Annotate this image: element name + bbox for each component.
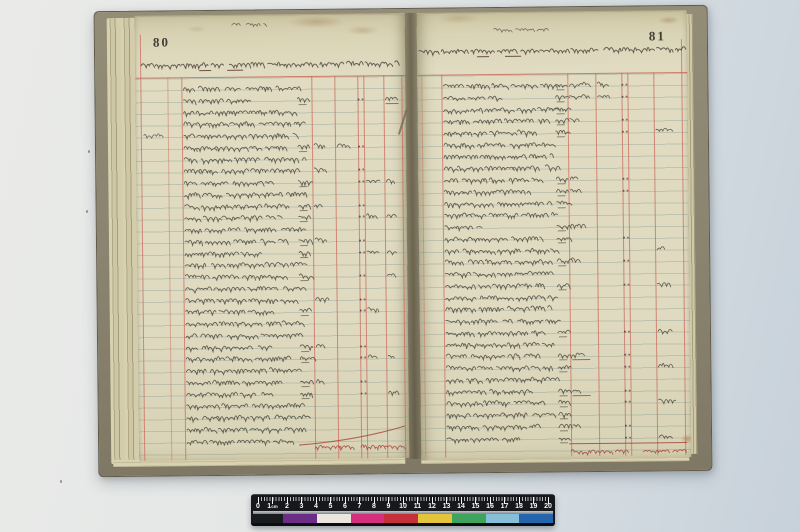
handwriting-line (444, 151, 551, 161)
handwriting-line (184, 142, 285, 152)
tail-flourish (301, 362, 309, 363)
tail-flourish (558, 207, 566, 208)
amount-entry (597, 92, 607, 100)
handwriting-line (447, 433, 520, 443)
dust-speck (88, 150, 90, 153)
amount-entry (656, 126, 670, 134)
handwriting-line (186, 295, 297, 305)
line-tail-word (299, 236, 310, 245)
ditto-dot (362, 180, 364, 182)
tail-flourish (300, 221, 308, 222)
ditto-dot (625, 424, 627, 426)
handwriting-line (187, 412, 307, 422)
amount-entry (366, 176, 376, 184)
line-tail-word (557, 233, 568, 242)
amount-entry (389, 388, 397, 396)
ditto-dot (358, 145, 360, 147)
ditto-dot (364, 380, 366, 382)
handwriting-line (445, 210, 555, 220)
handwriting-line (444, 128, 536, 138)
red-total-handwriting (315, 443, 351, 451)
line-tail-word (298, 177, 309, 186)
handwriting-line (184, 130, 297, 140)
ditto-dot (624, 366, 626, 368)
line-tail-word (299, 247, 310, 256)
dust-speck (60, 480, 62, 483)
red-total-handwriting (571, 447, 625, 456)
handwriting-line (446, 339, 553, 349)
ruler-color-patch (486, 514, 520, 523)
line-tail-word (559, 421, 570, 430)
line-tail-word (559, 433, 570, 442)
handwriting-line (445, 257, 549, 267)
handwriting-line (184, 189, 306, 199)
entry-underline (572, 359, 590, 360)
tail-flourish (300, 245, 308, 246)
tail-flourish (559, 371, 567, 372)
line-tail-word (297, 95, 308, 104)
handwriting-line (443, 93, 498, 103)
handwriting-line (446, 304, 550, 314)
line-tail-word (298, 142, 309, 151)
ruler-patch-lead (253, 514, 283, 523)
line-tail-word (556, 174, 567, 183)
handwriting-line (186, 307, 274, 317)
amount-entry (315, 200, 320, 208)
ditto-dot (362, 145, 364, 147)
ditto-dot (623, 283, 625, 285)
ruler-color-patch (452, 514, 486, 523)
margin-note (144, 132, 162, 139)
amount-entry (315, 236, 323, 244)
handwriting-line (444, 186, 529, 196)
line-tail-word (559, 398, 570, 407)
handwriting-line (446, 351, 538, 361)
tail-flourish (300, 280, 308, 281)
amount-entry (571, 256, 575, 264)
page-header-handwriting (141, 58, 399, 70)
handwriting-line (444, 163, 556, 173)
amount-entry (659, 396, 673, 404)
line-tail-word (557, 280, 568, 289)
ditto-dot (628, 330, 630, 332)
amount-entry (368, 306, 377, 314)
amount-entry (314, 165, 324, 173)
ledger-page-right: 81 (417, 10, 692, 460)
tail-flourish (560, 442, 568, 443)
line-tail-word (555, 92, 566, 101)
amount-entry (570, 115, 577, 123)
handwriting-line (187, 436, 298, 446)
ruler-color-patch (351, 514, 385, 523)
amount-entry (659, 432, 671, 440)
handwriting-line (184, 118, 304, 128)
amount-entry (385, 94, 392, 102)
handwriting-line (186, 342, 268, 352)
ditto-dot (621, 95, 623, 97)
ditto-dot (625, 95, 627, 97)
tail-flourish (557, 101, 565, 102)
ditto-dot (625, 389, 627, 391)
entry-underline (573, 395, 591, 396)
ditto-dot (359, 274, 361, 276)
tail-flourish (301, 350, 309, 351)
tail-flourish (559, 360, 567, 361)
amount-entry (314, 142, 327, 150)
handwriting-line (183, 83, 299, 93)
ditto-dot (364, 345, 366, 347)
ditto-dot (626, 131, 628, 133)
ditto-dot (361, 392, 363, 394)
tail-flourish (301, 315, 309, 316)
handwriting-line (446, 292, 556, 302)
ditto-dot (627, 283, 629, 285)
ruler-number: 20 (540, 503, 556, 510)
line-tail-word (299, 212, 310, 221)
handwriting-line (444, 139, 554, 149)
photo-scale-ruler: 01cm234567891011121314151617181920 (251, 494, 555, 526)
ruler-bottom-edge (251, 523, 555, 526)
amount-entry (572, 350, 583, 358)
amount-entry (571, 221, 582, 229)
handwriting-line (445, 268, 552, 278)
handwriting-line (446, 362, 550, 372)
handwriting-line (444, 104, 554, 114)
tail-flourish (300, 256, 308, 257)
handwriting-line (185, 283, 305, 293)
ditto-dot (625, 436, 627, 438)
ditto-dot (362, 98, 364, 100)
tail-flourish (299, 104, 307, 105)
tail-flourish (560, 430, 568, 431)
tail-flourish (557, 113, 565, 114)
amount-entry (367, 247, 377, 255)
ditto-dot (364, 298, 366, 300)
ruler-major-ticks: 01cm234567891011121314151617181920 (251, 495, 555, 512)
tail-flourish (558, 242, 566, 243)
ditto-dot (628, 366, 630, 368)
ledger-book: 80 81 (94, 5, 713, 477)
line-tail-word (555, 80, 566, 89)
handwriting-line (447, 409, 551, 419)
amount-entry (316, 341, 322, 349)
amount-entry (569, 92, 588, 100)
line-tail-word (300, 341, 311, 350)
line-tail-word (299, 200, 310, 209)
amount-entry (657, 279, 670, 287)
amount-entry (316, 377, 321, 385)
ledger-page-left: 80 (135, 13, 410, 461)
ditto-dot (363, 251, 365, 253)
ditto-dot (359, 204, 361, 206)
ruler-tick-band: 01cm234567891011121314151617181920 (251, 494, 555, 512)
ruler-color-patch (283, 514, 317, 523)
line-tail-word (300, 306, 311, 315)
line-tail-word (558, 351, 569, 360)
handwriting-line (447, 421, 539, 431)
ditto-dot (622, 178, 624, 180)
line-tail-word (558, 362, 569, 371)
amount-entry (387, 270, 395, 278)
amount-entry (388, 352, 393, 360)
red-total-handwriting (643, 446, 685, 454)
handwriting-line (445, 233, 543, 243)
handwriting-line (444, 116, 548, 126)
tail-flourish (557, 136, 565, 137)
top-margin-annotation (494, 26, 546, 33)
handwriting-line (183, 95, 252, 105)
ditto-dot (365, 392, 367, 394)
line-tail-word (558, 327, 569, 336)
handwriting-line (445, 245, 555, 255)
ditto-dot (363, 239, 365, 241)
line-tail-word (556, 116, 567, 125)
ruler-unit-label: cm (271, 504, 278, 509)
handwriting-line (185, 201, 292, 211)
amount-entry (337, 141, 346, 149)
amount-entry (387, 211, 393, 219)
handwriting-line (445, 222, 482, 231)
handwriting-line (447, 398, 545, 408)
handwriting-line (186, 377, 281, 387)
handwriting-line (184, 107, 295, 117)
ditto-dot (622, 189, 624, 191)
handwriting-line (446, 315, 556, 325)
line-tail-word (300, 377, 311, 386)
page-left-content (135, 14, 410, 461)
handwriting-line (445, 280, 543, 290)
red-total-handwriting (361, 442, 405, 450)
line-tail-word (559, 409, 570, 418)
handwriting-line (186, 318, 306, 328)
ditto-dot (358, 98, 360, 100)
handwriting-line (185, 271, 286, 281)
line-tail-word (556, 186, 567, 195)
line-tail-word (556, 104, 567, 113)
ditto-dot (629, 436, 631, 438)
ditto-dot (626, 189, 628, 191)
ruler-color-patch (384, 514, 418, 523)
ditto-dot (621, 84, 623, 86)
ditto-dot (359, 239, 361, 241)
ruler-color-patch (317, 514, 351, 523)
tail-flourish (556, 89, 564, 90)
amount-entry (658, 326, 668, 334)
dust-speck (86, 210, 88, 213)
handwriting-line (186, 353, 287, 363)
top-margin-annotation (232, 21, 266, 27)
ditto-dot (625, 84, 627, 86)
handwriting-line (443, 80, 553, 90)
photo-stage: 80 81 01cm234567891011121314151617181920 (0, 0, 800, 532)
handwriting-line (447, 386, 532, 396)
line-tail-word (556, 127, 567, 136)
tail-flourish (558, 230, 566, 231)
ditto-dot (360, 345, 362, 347)
entry-underline (386, 103, 399, 104)
ditto-dot (622, 131, 624, 133)
tail-flourish (558, 266, 566, 267)
ditto-dot (629, 389, 631, 391)
ditto-dot (360, 380, 362, 382)
tail-flourish (299, 151, 307, 152)
ditto-dot (363, 274, 365, 276)
handwriting-line (186, 330, 299, 340)
line-tail-word (299, 271, 310, 280)
amount-entry (316, 294, 327, 302)
amount-entry (368, 353, 377, 361)
handwriting-line (184, 154, 304, 164)
ditto-dot (626, 178, 628, 180)
line-tail-word (557, 221, 568, 230)
tail-flourish (302, 397, 310, 398)
handwriting-line (186, 365, 302, 375)
tail-flourish (558, 195, 566, 196)
header-underline (477, 56, 489, 57)
header-underline (505, 56, 521, 57)
ditto-dot (629, 424, 631, 426)
ruler-color-patch (519, 514, 553, 523)
page-right-content (417, 11, 692, 460)
header-underline (199, 70, 211, 71)
ditto-dot (623, 236, 625, 238)
handwriting-line (446, 327, 544, 337)
handwriting-line (185, 236, 292, 246)
amount-entry (387, 247, 394, 255)
handwriting-line (187, 400, 300, 410)
tail-flourish (299, 186, 307, 187)
tail-flourish (557, 183, 565, 184)
ditto-dot (627, 236, 629, 238)
line-tail-word (301, 388, 312, 397)
ditto-dot (359, 251, 361, 253)
amount-entry (569, 80, 589, 88)
handwriting-line (187, 389, 275, 399)
handwriting-line (185, 248, 261, 258)
amount-entry (386, 176, 392, 184)
handwriting-line (184, 165, 297, 175)
amount-entry (597, 80, 607, 88)
ditto-dot (358, 180, 360, 182)
ruler-color-patches (253, 514, 553, 523)
tail-flourish (559, 336, 567, 337)
tail-flourish (557, 125, 565, 126)
page-header-handwriting (419, 44, 683, 56)
tail-flourish (560, 407, 568, 408)
tail-flourish (559, 289, 567, 290)
line-tail-word (557, 198, 568, 207)
line-tail-word (300, 353, 311, 362)
amount-entry (573, 386, 581, 394)
ruler-color-patch (418, 514, 452, 523)
tail-flourish (302, 386, 310, 387)
amount-entry (367, 212, 377, 220)
amount-entry (658, 361, 672, 369)
ditto-dot (360, 298, 362, 300)
ditto-dot (624, 330, 626, 332)
ditto-dot (363, 204, 365, 206)
handwriting-line (184, 177, 272, 187)
tail-flourish (560, 418, 568, 419)
handwriting-line (445, 198, 549, 208)
line-tail-word (557, 257, 568, 266)
amount-entry (573, 421, 580, 429)
handwriting-line (446, 374, 556, 384)
handwriting-line (444, 175, 542, 185)
amount-entry (570, 186, 580, 194)
amount-entry (570, 174, 576, 182)
header-underline (227, 70, 243, 71)
handwriting-line (185, 259, 302, 269)
tail-flourish (300, 209, 308, 210)
tail-flourish (560, 395, 568, 396)
amount-entry (657, 244, 664, 252)
line-tail-word (559, 386, 570, 395)
handwriting-line (185, 213, 280, 223)
handwriting-line (187, 424, 303, 434)
handwriting-line (185, 224, 305, 234)
